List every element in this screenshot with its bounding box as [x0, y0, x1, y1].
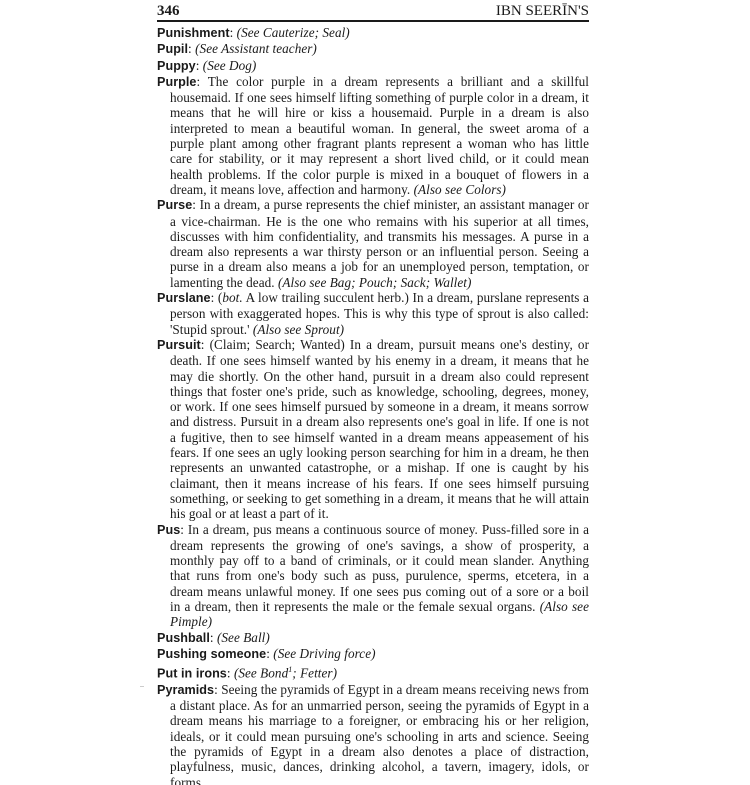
entry-pushball: Pushball: (See Ball) [157, 630, 589, 646]
entry-term: Punishment [157, 26, 230, 40]
entry-purse: Purse: In a dream, a purse represents th… [157, 197, 589, 290]
entry-term: Purslane [157, 291, 211, 305]
dictionary-entries: Punishment: (See Cauterize; Seal) Pupil:… [157, 25, 589, 785]
entry-punishment: Punishment: (See Cauterize; Seal) [157, 25, 589, 41]
entry-term: Pyramids [157, 683, 214, 697]
entry-separator: : [196, 58, 203, 73]
book-page: 346 IBN SEERĪN'S Punishment: (See Cauter… [157, 0, 589, 785]
entry-cross-reference: (Also see Colors) [414, 182, 506, 197]
entry-pushing-someone: Pushing someone: (See Driving force) [157, 646, 589, 662]
entry-put-in-irons: Put in irons: (See Bond1; Fetter) [157, 662, 589, 682]
entry-term: Put in irons [157, 667, 227, 681]
running-head: 346 IBN SEERĪN'S [157, 0, 589, 22]
entry-separator: : [192, 197, 199, 212]
entry-cross-reference: (Also see Sprout) [253, 322, 344, 337]
entry-term: Pushing someone [157, 647, 266, 661]
entry-body: The color purple in a dream represents a… [170, 74, 589, 197]
entry-separator: : [197, 74, 208, 89]
entry-term: Pus [157, 523, 180, 537]
entry-cross-reference: ; Fetter) [292, 666, 337, 681]
entry-pyramids: Pyramids: Seeing the pyramids of Egypt i… [157, 682, 589, 785]
entry-puppy: Puppy: (See Dog) [157, 58, 589, 74]
entry-cross-reference: (See Assistant teacher) [195, 41, 317, 56]
entry-purple: Purple: The color purple in a dream repr… [157, 74, 589, 197]
entry-separator: : [227, 666, 234, 681]
entry-separator: : [210, 630, 217, 645]
entry-cross-reference: (See Driving force) [273, 646, 375, 661]
entry-pupil: Pupil: (See Assistant teacher) [157, 41, 589, 57]
entry-separator: : [230, 25, 237, 40]
entry-term: Pupil [157, 42, 188, 56]
entry-separator: : [201, 337, 210, 352]
entry-botanical-label: bot. [222, 290, 242, 305]
entry-cross-reference: (See Dog) [203, 58, 257, 73]
page-number: 346 [157, 3, 180, 20]
entry-body: In a dream, pus means a continuous sourc… [170, 522, 589, 614]
entry-cross-reference-prefix: (See Bond [234, 666, 288, 681]
entry-purslane: Purslane: (bot. A low trailing succulent… [157, 290, 589, 337]
entry-pursuit: Pursuit: (Claim; Search; Wanted) In a dr… [157, 337, 589, 522]
entry-separator: : [180, 522, 188, 537]
entry-cross-reference: (See Ball) [217, 630, 270, 645]
running-title: IBN SEERĪN'S [496, 3, 589, 20]
entry-term: Puppy [157, 59, 196, 73]
entry-term: Pushball [157, 631, 210, 645]
scan-artifact [140, 686, 144, 687]
entry-pus: Pus: In a dream, pus means a continuous … [157, 522, 589, 630]
entry-term: Purple [157, 75, 197, 89]
entry-cross-reference: (Also see Bag; Pouch; Sack; Wallet) [278, 275, 472, 290]
entry-term: Pursuit [157, 338, 201, 352]
entry-body: (Claim; Search; Wanted) In a dream, purs… [170, 337, 589, 521]
entry-body: Seeing the pyramids of Egypt in a dream … [170, 682, 589, 785]
entry-cross-reference: (See Cauterize; Seal) [237, 25, 350, 40]
entry-separator: : [211, 290, 218, 305]
entry-term: Purse [157, 198, 192, 212]
